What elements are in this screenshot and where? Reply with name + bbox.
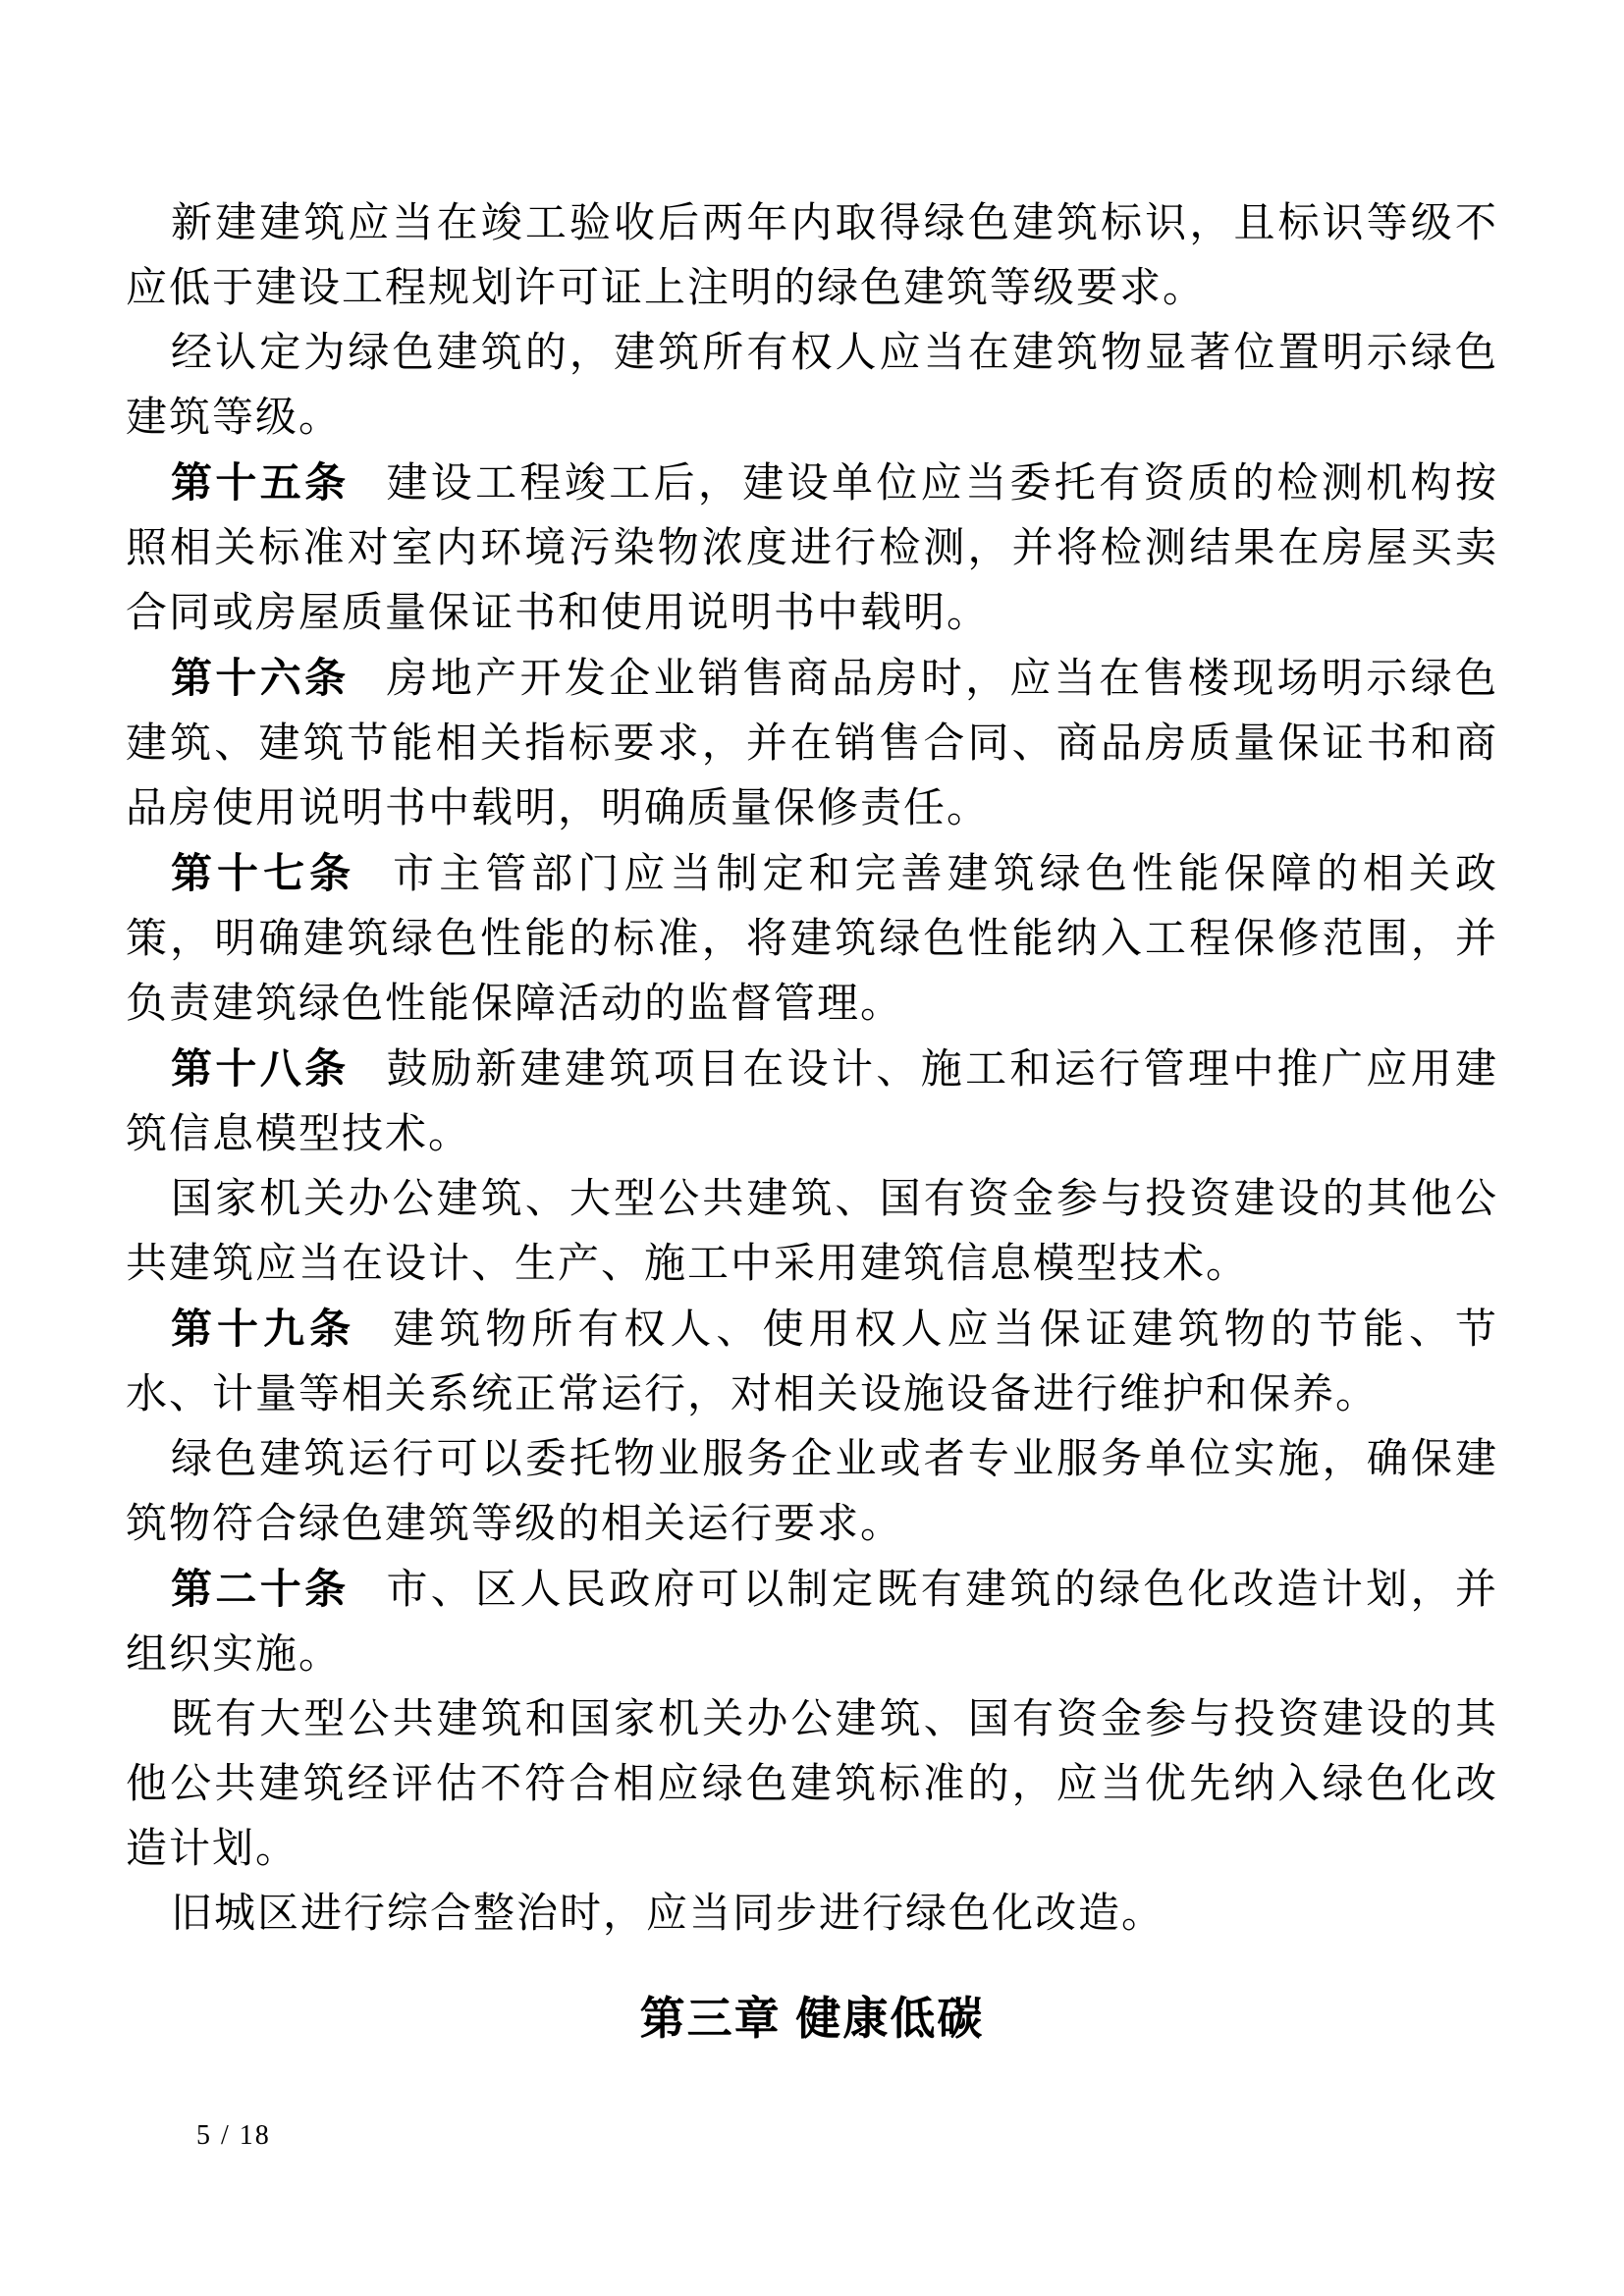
paragraph: 经认定为绿色建筑的，建筑所有权人应当在建筑物显著位置明示绿色建筑等级。 — [126, 321, 1498, 451]
chapter-heading: 第三章 健康低碳 — [126, 1986, 1498, 2051]
paragraph-text: 旧城区进行综合整治时，应当同步进行绿色化改造。 — [171, 1892, 1164, 1937]
article-number: 第十九条 — [171, 1306, 355, 1352]
paragraph: 第十八条鼓励新建建筑项目在设计、施工和运行管理中推广应用建筑信息模型技术。 — [126, 1037, 1498, 1167]
paragraph: 第十九条建筑物所有权人、使用权人应当保证建筑物的节能、节水、计量等相关系统正常运… — [126, 1297, 1498, 1427]
page-number: 5 / 18 — [196, 2120, 271, 2152]
paragraph-text: 新建建筑应当在竣工验收后两年内取得绿色建筑标识，且标识等级不应低于建设工程规划许… — [126, 201, 1498, 311]
article-number: 第十五条 — [171, 459, 349, 506]
paragraph: 第十五条建设工程竣工后，建设单位应当委托有资质的检测机构按照相关标准对室内环境污… — [126, 451, 1498, 646]
article-number: 第十八条 — [171, 1045, 349, 1092]
document-page: 新建建筑应当在竣工验收后两年内取得绿色建筑标识，且标识等级不应低于建设工程规划许… — [0, 0, 1624, 2296]
paragraph: 国家机关办公建筑、大型公共建筑、国有资金参与投资建设的其他公共建筑应当在设计、生… — [126, 1167, 1498, 1297]
article-number: 第十六条 — [171, 655, 349, 701]
paragraph: 第二十条市、区人民政府可以制定既有建筑的绿色化改造计划，并组织实施。 — [126, 1557, 1498, 1687]
paragraph: 第十七条市主管部门应当制定和完善建筑绿色性能保障的相关政策，明确建筑绿色性能的标… — [126, 841, 1498, 1037]
document-body: 新建建筑应当在竣工验收后两年内取得绿色建筑标识，且标识等级不应低于建设工程规划许… — [126, 191, 1498, 2051]
paragraph: 第十六条房地产开发企业销售商品房时，应当在售楼现场明示绿色建筑、建筑节能相关指标… — [126, 646, 1498, 841]
paragraph-text: 经认定为绿色建筑的，建筑所有权人应当在建筑物显著位置明示绿色建筑等级。 — [126, 331, 1498, 441]
article-number: 第二十条 — [171, 1566, 349, 1612]
paragraph: 绿色建筑运行可以委托物业服务企业或者专业服务单位实施，确保建筑物符合绿色建筑等级… — [126, 1427, 1498, 1557]
paragraph: 新建建筑应当在竣工验收后两年内取得绿色建筑标识，且标识等级不应低于建设工程规划许… — [126, 191, 1498, 321]
paragraph-text: 绿色建筑运行可以委托物业服务企业或者专业服务单位实施，确保建筑物符合绿色建筑等级… — [126, 1437, 1498, 1547]
paragraph-text: 国家机关办公建筑、大型公共建筑、国有资金参与投资建设的其他公共建筑应当在设计、生… — [126, 1177, 1498, 1287]
paragraph: 既有大型公共建筑和国家机关办公建筑、国有资金参与投资建设的其他公共建筑经评估不符… — [126, 1687, 1498, 1882]
paragraph: 旧城区进行综合整治时，应当同步进行绿色化改造。 — [126, 1882, 1498, 1947]
paragraph-text: 既有大型公共建筑和国家机关办公建筑、国有资金参与投资建设的其他公共建筑经评估不符… — [126, 1697, 1498, 1872]
article-number: 第十七条 — [171, 850, 355, 896]
